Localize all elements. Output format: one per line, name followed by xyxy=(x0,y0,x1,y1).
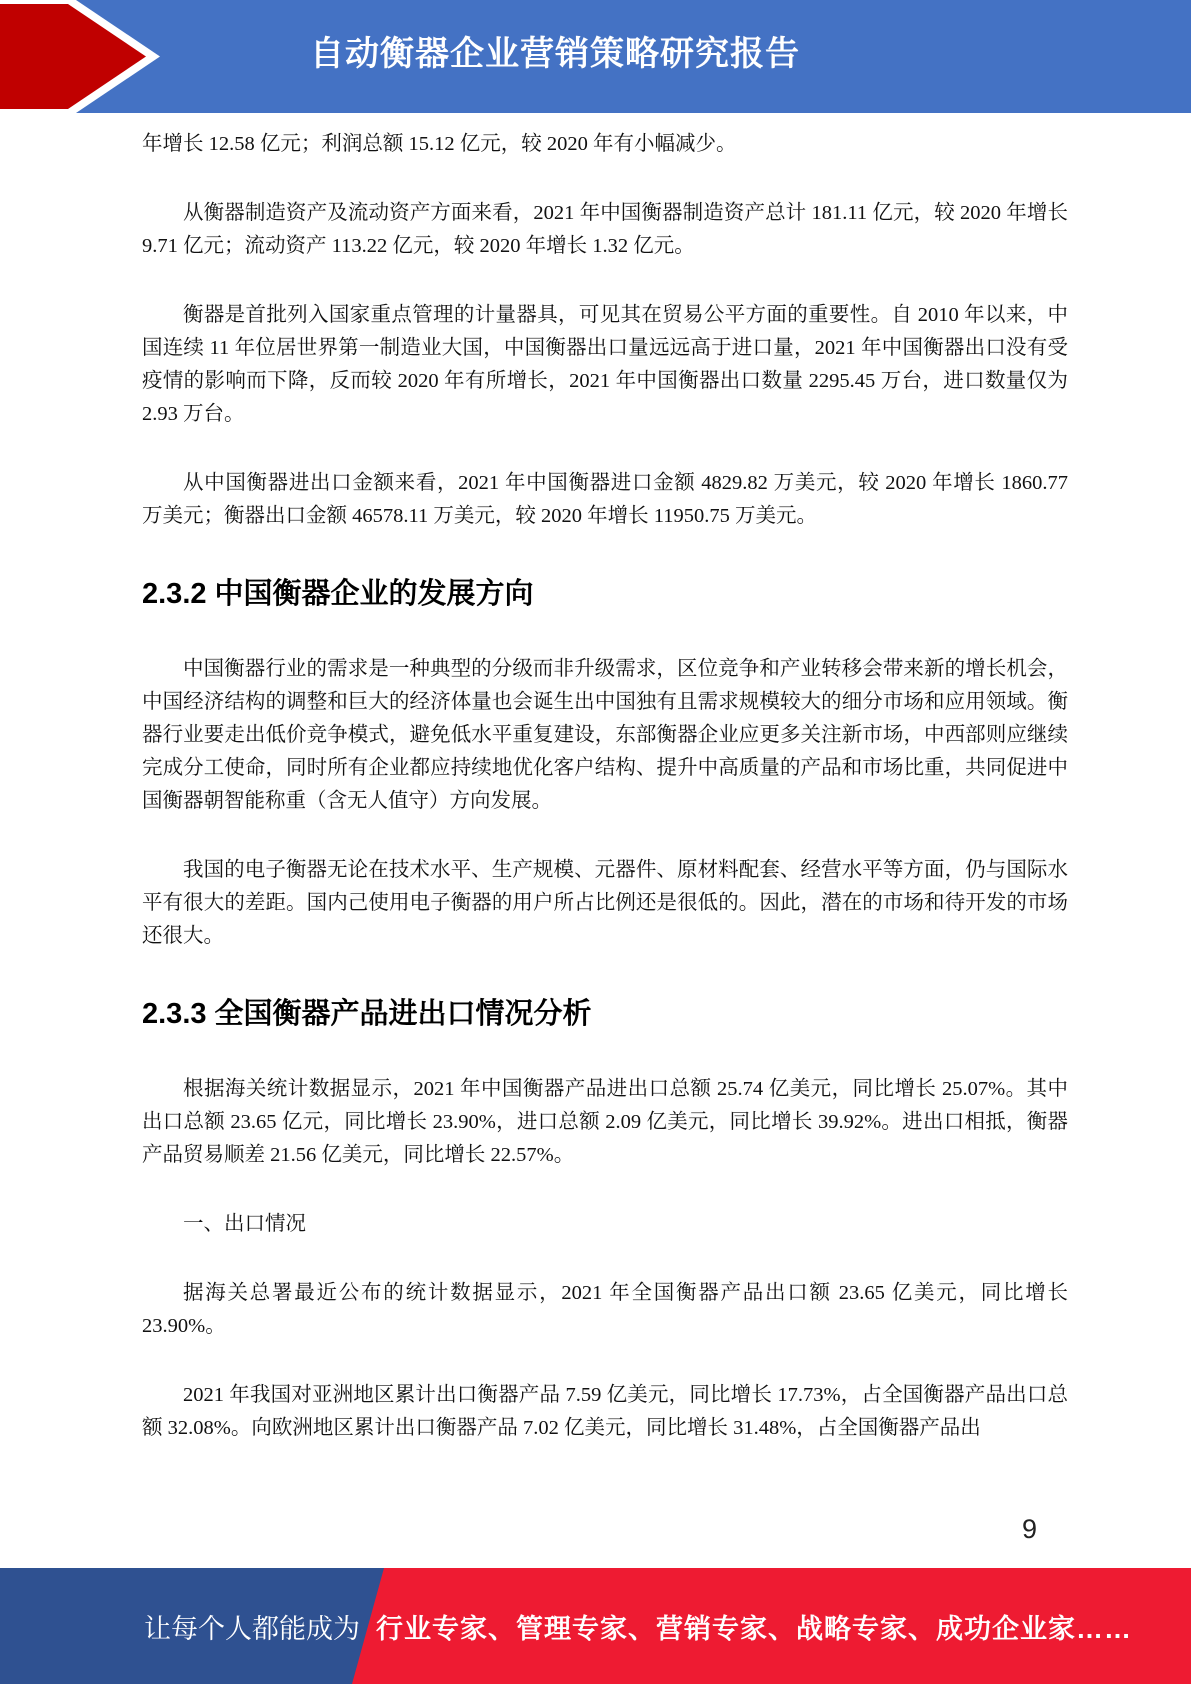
page-number: 9 xyxy=(1022,1514,1037,1545)
report-header-banner: 自动衡器企业营销策略研究报告 xyxy=(0,0,1191,113)
body-paragraph: 年增长 12.58 亿元；利润总额 15.12 亿元，较 2020 年有小幅减少… xyxy=(142,128,1068,161)
footer-slogan-right: 行业专家、管理专家、营销专家、战略专家、成功企业家…… xyxy=(376,1568,1132,1684)
section-heading-232: 2.3.2 中国衡器企业的发展方向 xyxy=(142,575,1068,613)
body-paragraph: 据海关总署最近公布的统计数据显示，2021 年全国衡器产品出口额 23.65 亿… xyxy=(142,1277,1068,1343)
body-paragraph: 一、出口情况 xyxy=(142,1208,1068,1241)
section-heading-233: 2.3.3 全国衡器产品进出口情况分析 xyxy=(142,995,1068,1033)
body-paragraph: 从中国衡器进出口金额来看，2021 年中国衡器进口金额 4829.82 万美元，… xyxy=(142,467,1068,533)
footer-slogan-left: 让每个人都能成为 xyxy=(132,1568,372,1684)
body-paragraph: 我国的电子衡器无论在技术水平、生产规模、元器件、原材料配套、经营水平等方面，仍与… xyxy=(142,854,1068,953)
red-chevron-arrow-icon xyxy=(0,0,170,113)
body-paragraph: 2021 年我国对亚洲地区累计出口衡器产品 7.59 亿美元，同比增长 17.7… xyxy=(142,1379,1068,1445)
footer-band: 让每个人都能成为 行业专家、管理专家、营销专家、战略专家、成功企业家…… xyxy=(0,1568,1191,1684)
body-paragraph: 衡器是首批列入国家重点管理的计量器具，可见其在贸易公平方面的重要性。自 2010… xyxy=(142,299,1068,431)
document-body: 年增长 12.58 亿元；利润总额 15.12 亿元，较 2020 年有小幅减少… xyxy=(142,128,1068,1445)
body-paragraph: 根据海关统计数据显示，2021 年中国衡器产品进出口总额 25.74 亿美元，同… xyxy=(142,1073,1068,1172)
report-page: 自动衡器企业营销策略研究报告 年增长 12.58 亿元；利润总额 15.12 亿… xyxy=(0,0,1191,1684)
body-paragraph: 中国衡器行业的需求是一种典型的分级而非升级需求，区位竞争和产业转移会带来新的增长… xyxy=(142,653,1068,818)
body-paragraph: 从衡器制造资产及流动资产方面来看，2021 年中国衡器制造资产总计 181.11… xyxy=(142,197,1068,263)
